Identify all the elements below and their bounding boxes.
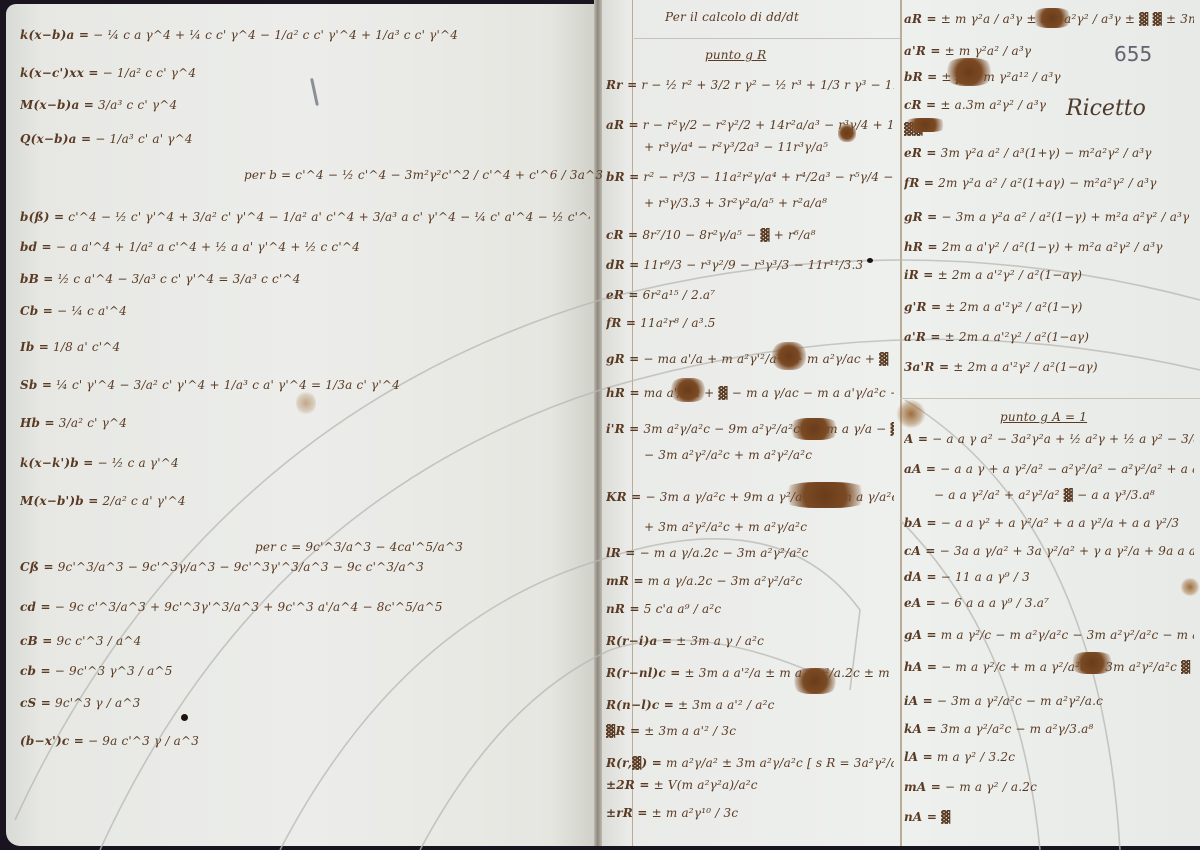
ink-scribble	[903, 118, 947, 132]
equation-lhs: A =	[904, 432, 928, 446]
equation-lhs: bR =	[904, 70, 937, 84]
equation-lhs: kA =	[904, 722, 937, 736]
equation-rhs: m a²γ/a² ± 3m a²γ/a²c [ s R = 3a²γ²/a² −…	[666, 756, 894, 770]
equation-line: gR =− ma a'/a + m a²γ'²/a²c + m a²γ/ac +…	[606, 352, 894, 366]
equation-rhs: 5 c'a a⁹ / a²c	[644, 602, 722, 616]
equation-lhs: cb =	[20, 664, 51, 678]
equation-lhs: iR =	[904, 268, 934, 282]
equation-lhs: R(r−i)a =	[606, 634, 672, 648]
equation-lhs: iA =	[904, 694, 933, 708]
equation-lhs: Hb =	[20, 416, 55, 430]
equation-line: fR =2m γ²a a² / a²(1+aγ) − m²a²γ² / a³γ	[904, 176, 1157, 190]
equation-lhs: a'R =	[904, 44, 941, 58]
equation-lhs: k(x−c')xx =	[20, 66, 99, 80]
equation-lhs: bA =	[904, 516, 937, 530]
left-section-heading: per b = c'^4 − ½ c'^4 − 3m²γ²c'^2 / c'^4…	[244, 168, 603, 182]
equation-rhs: − 9c'^3 γ^3 / a^5	[55, 664, 173, 678]
equation-rhs: − a a γ + a γ²/a² − a²γ²/a² − a²γ²/a² + …	[940, 462, 1194, 476]
equation-line: cd =− 9c c'^3/a^3 + 9c'^3γ'^3/a^3 + 9c'^…	[20, 600, 443, 614]
equation-lhs: a'R =	[904, 330, 941, 344]
equation-rhs: − ma a'/a + m a²γ'²/a²c + m a²γ/ac + ▓ +…	[643, 352, 894, 366]
equation-lhs: lR =	[606, 546, 636, 560]
equation-line: k(x−c')xx =− 1/a² c c' γ^4	[20, 66, 196, 80]
equation-lhs: eR =	[606, 288, 639, 302]
equation-line: ▓R =± 3m a a'² / 3c	[606, 724, 736, 738]
equation-lhs: k(x−b)a =	[20, 28, 89, 42]
equation-lhs: fR =	[606, 316, 636, 330]
equation-lhs: dR =	[606, 258, 639, 272]
ink-scribble	[792, 668, 838, 694]
equation-rhs: 9c c'^3 / a^4	[56, 634, 141, 648]
equation-line: dA =− 11 a a γ⁹ / 3	[904, 570, 1030, 584]
equation-lhs: cd =	[20, 600, 51, 614]
equation-line: lA =m a γ² / 3.2c	[904, 750, 1015, 764]
equation-line: g'R =± 2m a a'²γ² / a²(1−γ)	[904, 300, 1082, 314]
equation-rhs: m a γ² / 3.2c	[937, 750, 1015, 764]
equation-lhs: dA =	[904, 570, 937, 584]
equation-line: hR =2m a a'γ² / a²(1−γ) + m²a a²γ² / a³γ	[904, 240, 1163, 254]
equation-rhs: − 9a c'^3 γ / a^3	[88, 734, 199, 748]
equation-lhs: M(x−b')b =	[20, 494, 99, 508]
equation-rhs: r − ½ r² + 3/2 r γ² − ½ r³ + 1/3 r γ³ − …	[641, 78, 894, 92]
equation-line: fR =11a²r⁸ / a³.5	[606, 316, 716, 330]
equation-rhs: 3m a γ²/a²c − m a²γ/3.a⁸	[941, 722, 1094, 736]
equation-line: R(n−l)c =± 3m a a'² / a²c	[606, 698, 775, 712]
equation-lhs: hA =	[904, 660, 937, 674]
equation-lhs: b(ß) =	[20, 210, 64, 224]
equation-lhs: Ib =	[20, 340, 49, 354]
equation-lhs: gR =	[904, 210, 937, 224]
equation-line: aA =− a a γ + a γ²/a² − a²γ²/a² − a²γ²/a…	[904, 462, 1194, 476]
ink-scribble	[788, 418, 840, 440]
equation-lhs: Cb =	[20, 304, 53, 318]
equation-line: A =− a a γ a² − 3a²γ²a + ½ a²γ + ½ a γ² …	[904, 432, 1194, 446]
equation-line: cb =− 9c'^3 γ^3 / a^5	[20, 664, 173, 678]
equation-rhs: − a a γ²/a² + a²γ²/a² ▓ − a a γ³/3.a⁸	[934, 488, 1155, 502]
equation-line: iA =− 3m a γ²/a²c − m a²γ²/a.c	[904, 694, 1103, 708]
ink-scribble	[945, 58, 993, 86]
equation-line: M(x−b)a =3/a³ c c' γ^4	[20, 98, 177, 112]
equation-line: Rr =r − ½ r² + 3/2 r γ² − ½ r³ + 1/3 r γ…	[606, 78, 894, 92]
equation-line: 3a'R =± 2m a a'²γ² / a²(1−aγ)	[904, 360, 1098, 374]
equation-lhs: ▓R =	[606, 724, 640, 738]
equation-rhs: 11a²r⁸ / a³.5	[640, 316, 715, 330]
equation-line: ±2R =± V(m a²γ²a)/a²c	[606, 778, 758, 792]
equation-rhs: − 3m a γ²/a²c − m a²γ²/a.c	[937, 694, 1103, 708]
equation-lhs: i'R =	[606, 422, 639, 436]
equation-lhs: bR =	[606, 170, 639, 184]
column-2-subheading: punto g A = 1	[1000, 410, 1087, 424]
equation-line: cS =9c'^3 γ / a^3	[20, 696, 140, 710]
equation-line: Q(x−b)a =− 1/a³ c' a' γ^4	[20, 132, 193, 146]
equation-line: + r³γ/3.3 + 3r²γ²a/a⁵ + r²a/a⁸	[640, 196, 827, 210]
equation-line: cA =− 3a a γ/a² + 3a γ²/a² + γ a γ²/a + …	[904, 544, 1194, 558]
equation-rhs: − m a γ/a.2c − 3m a²γ²/a²c	[640, 546, 809, 560]
equation-line: Hb =3/a² c' γ^4	[20, 416, 127, 430]
equation-rhs: ± 3m a γ / a²c	[676, 634, 764, 648]
equation-line: mR =m a γ/a.2c − 3m a²γ²/a²c	[606, 574, 802, 588]
ink-dot	[867, 258, 873, 263]
equation-rhs: + 3m a²γ²/a²c + m a²γ/a²c	[644, 520, 807, 534]
equation-lhs: g'R =	[904, 300, 941, 314]
equation-line: gA =m a γ²/c − m a²γ/a²c − 3m a²γ²/a²c −…	[904, 628, 1194, 642]
equation-rhs: 1/8 a' c'^4	[53, 340, 120, 354]
equation-rhs: 3/a³ c c' γ^4	[98, 98, 177, 112]
equation-lhs: eR =	[904, 146, 937, 160]
ink-scribble	[1032, 8, 1072, 28]
equation-lhs: fR =	[904, 176, 934, 190]
equation-line: hA =− m a γ²/c + m a γ²/a²c + 3m a²γ²/a²…	[904, 660, 1194, 674]
equation-lhs: Sb =	[20, 378, 52, 392]
equation-line: iR =± 2m a a'²γ² / a²(1−aγ)	[904, 268, 1082, 282]
equation-rhs: − 9c c'^3/a^3 + 9c'^3γ'^3/a^3 + 9c'^3 a'…	[55, 600, 443, 614]
equation-line: i'R =3m a²γ/a²c − 9m a²γ²/a²c − 3m a γ/a…	[606, 422, 894, 436]
margin-note: Ricetto	[1066, 96, 1146, 121]
section-rule	[900, 398, 1200, 399]
equation-lhs: M(x−b)a =	[20, 98, 94, 112]
ink-dot	[181, 714, 188, 721]
equation-rhs: ¼ c' γ'^4 − 3/a² c' γ'^4 + 1/a³ c a' γ'^…	[56, 378, 400, 392]
equation-lhs: ±rR =	[606, 806, 648, 820]
equation-rhs: − 3m a γ²a a² / a²(1−γ) + m²a a²γ² / a³γ	[941, 210, 1189, 224]
equation-lhs: KR =	[606, 490, 641, 504]
equation-lhs: Q(x−b)a =	[20, 132, 91, 146]
equation-line: nR =5 c'a a⁹ / a²c	[606, 602, 721, 616]
equation-rhs: − 11 a a γ⁹ / 3	[941, 570, 1030, 584]
equation-rhs: − a a γ a² − 3a²γ²a + ½ a²γ + ½ a γ² − 3…	[932, 432, 1194, 446]
equation-line: bB =½ c a'^4 − 3/a³ c c' γ'^4 = 3/a³ c c…	[20, 272, 301, 286]
equation-rhs: 6r²a¹⁵ / 2.a⁷	[643, 288, 716, 302]
equation-line: a'R =± 2m a a'²γ² / a²(1−aγ)	[904, 330, 1089, 344]
equation-rhs: 3m γ²a a² / a³(1+γ) − m²a²γ² / a³γ	[941, 146, 1152, 160]
ink-blot	[838, 124, 856, 142]
equation-lhs: 3a'R =	[904, 360, 949, 374]
equation-lhs: aA =	[904, 462, 936, 476]
equation-rhs: ± 3m a a'²/a ± m a a'γ²/a.2c ± m a γ/c ▓…	[685, 666, 894, 680]
ink-blot	[772, 342, 806, 370]
equation-lhs: hR =	[606, 386, 640, 400]
equation-rhs: 3/a² c' γ^4	[59, 416, 127, 430]
equation-rhs: m a γ/a.2c − 3m a²γ²/a²c	[648, 574, 803, 588]
equation-line: gR =− 3m a γ²a a² / a²(1−γ) + m²a a²γ² /…	[904, 210, 1189, 224]
equation-line: bR =r² − r³/3 − 11a²r²γ/a⁴ + r⁴/2a³ − r⁵…	[606, 170, 894, 184]
equation-line: + 3m a²γ²/a²c + m a²γ/a²c	[640, 520, 807, 534]
ink-blot	[670, 378, 706, 402]
equation-line: eR =3m γ²a a² / a³(1+γ) − m²a²γ² / a³γ	[904, 146, 1152, 160]
brown-stain	[896, 400, 926, 428]
equation-rhs: 2m a a'γ² / a²(1−γ) + m²a a²γ² / a³γ	[942, 240, 1163, 254]
equation-rhs: + r³γ/3.3 + 3r²γ²a/a⁵ + r²a/a⁸	[644, 196, 827, 210]
equation-line: + r³γ/a⁴ − r²γ³/2a³ − 11r³γ/a⁵	[640, 140, 828, 154]
equation-lhs: bB =	[20, 272, 54, 286]
left-section-heading-2: per c = 9c'^3/a^3 − 4ca'^5/a^3	[255, 540, 463, 554]
equation-lhs: mR =	[606, 574, 644, 588]
equation-lhs: eA =	[904, 596, 936, 610]
equation-lhs: (b−x')c =	[20, 734, 84, 748]
equation-rhs: ± 3m a a'² / 3c	[644, 724, 736, 738]
equation-lhs: gA =	[904, 628, 937, 642]
equation-line: bd =− a a'^4 + 1/a² a c'^4 + ½ a a' γ'^4…	[20, 240, 360, 254]
equation-lhs: cB =	[20, 634, 52, 648]
equation-line: bA =− a a γ² + a γ²/a² + a a γ²/a + a a …	[904, 516, 1179, 530]
equation-lhs: nR =	[606, 602, 640, 616]
equation-rhs: m a γ²/c − m a²γ/a²c − 3m a²γ²/a²c − m a…	[941, 628, 1194, 642]
equation-lhs: aR =	[606, 118, 639, 132]
equation-rhs: − m a γ²/c + m a γ²/a²c + 3m a²γ²/a²c ▓ …	[941, 660, 1194, 674]
equation-line: cB =9c c'^3 / a^4	[20, 634, 141, 648]
equation-rhs: − 3m a²γ²/a²c + m a²γ²/a²c	[644, 448, 812, 462]
equation-line: cR =8r⁷/10 − 8r²γ/a⁵ − ▓ + r⁶/a⁸	[606, 228, 816, 242]
equation-lhs: cR =	[606, 228, 638, 242]
equation-lhs: cA =	[904, 544, 936, 558]
equation-rhs: 11r⁹/3 − r³γ²/9 − r³γ³/3 − 11r¹¹/3.3	[643, 258, 863, 272]
equation-line: mA =− m a γ² / a.2c	[904, 780, 1037, 794]
equation-line: Ib =1/8 a' c'^4	[20, 340, 120, 354]
equation-line: R(r−i)a =± 3m a γ / a²c	[606, 634, 764, 648]
equation-lhs: Rr =	[606, 78, 637, 92]
book-gutter	[594, 0, 602, 846]
equation-rhs: ½ c a'^4 − 3/a³ c c' γ'^4 = 3/a³ c c'^4	[58, 272, 301, 286]
equation-rhs: ± 3m a a'² / a²c	[678, 698, 775, 712]
equation-line: − a a γ²/a² + a²γ²/a² ▓ − a a γ³/3.a⁸	[930, 488, 1155, 502]
equation-line: Cß =9c'^3/a^3 − 9c'^3γ/a^3 − 9c'^3γ'^3/a…	[20, 560, 424, 574]
equation-line: (b−x')c =− 9a c'^3 γ / a^3	[20, 734, 199, 748]
equation-lhs: R(r−nl)c =	[606, 666, 681, 680]
equation-line: dR =11r⁹/3 − r³γ²/9 − r³γ³/3 − 11r¹¹/3.3	[606, 258, 863, 272]
equation-lhs: lA =	[904, 750, 933, 764]
equation-rhs: 2/a² c a' γ'^4	[103, 494, 186, 508]
equation-line: Cb =− ¼ c a'^4	[20, 304, 127, 318]
equation-line: hR =ma a'/c a + ▓ − m a γ/ac − m a a'γ/a…	[606, 386, 894, 400]
equation-rhs: 9c'^3 γ / a^3	[55, 696, 140, 710]
equation-line: eR =6r²a¹⁵ / 2.a⁷	[606, 288, 715, 302]
equation-lhs: hR =	[904, 240, 938, 254]
equation-rhs: ± m a²γ¹⁰ / 3c	[652, 806, 739, 820]
equation-rhs: ± 2m a a'²γ² / a²(1−aγ)	[938, 268, 1083, 282]
equation-rhs: ± 2m a a'²γ² / a²(1−aγ)	[953, 360, 1098, 374]
equation-rhs: 3m a²γ/a²c − 9m a²γ²/a²c − 3m a γ/a − ▓ …	[643, 422, 894, 436]
equation-lhs: cS =	[20, 696, 51, 710]
equation-rhs: ± a.3m a²γ² / a³γ	[940, 98, 1046, 112]
equation-line: cR =± a.3m a²γ² / a³γ	[904, 98, 1046, 112]
equation-line: ±rR =± m a²γ¹⁰ / 3c	[606, 806, 738, 820]
equation-line: nA =▓	[904, 810, 951, 824]
equation-lhs: cR =	[904, 98, 936, 112]
equation-lhs: gR =	[606, 352, 639, 366]
equation-line: − 3m a²γ²/a²c + m a²γ²/a²c	[640, 448, 812, 462]
equation-rhs: − ½ c a γ'^4	[98, 456, 179, 470]
equation-lhs: mA =	[904, 780, 941, 794]
equation-rhs: − ¼ c a γ^4 + ¼ c c' γ^4 − 1/a² c c' γ'^…	[93, 28, 458, 42]
equation-line: kA =3m a γ²/a²c − m a²γ/3.a⁸	[904, 722, 1093, 736]
page-number: 655	[1114, 42, 1152, 66]
equation-rhs: c'^4 − ½ c' γ'^4 + 3/a² c' γ'^4 − 1/a² a…	[68, 210, 590, 224]
equation-rhs: ± V(m a²γ²a)/a²c	[654, 778, 758, 792]
equation-rhs: − m a γ² / a.2c	[945, 780, 1037, 794]
equation-rhs: 8r⁷/10 − 8r²γ/a⁵ − ▓ + r⁶/a⁸	[642, 228, 815, 242]
equation-lhs: R(r,▓) =	[606, 756, 662, 770]
equation-line: k(x−k')b =− ½ c a γ'^4	[20, 456, 179, 470]
equation-rhs: − ¼ c a'^4	[57, 304, 127, 318]
ink-scribble	[1070, 652, 1114, 674]
equation-rhs: ▓	[941, 810, 950, 824]
equation-line: a'R =± m γ²a² / a³γ	[904, 44, 1031, 58]
equation-lhs: bd =	[20, 240, 52, 254]
equation-line: Sb =¼ c' γ'^4 − 3/a² c' γ'^4 + 1/a³ c a'…	[20, 378, 400, 392]
equation-lhs: Cß =	[20, 560, 54, 574]
column-1-header: Per il calcolo di dd/dt	[665, 10, 799, 24]
equation-rhs: 9c'^3/a^3 − 9c'^3γ/a^3 − 9c'^3γ'^3/a^3 −…	[58, 560, 424, 574]
equation-rhs: − 6 a a a γ⁹ / 3.a⁷	[940, 596, 1049, 610]
equation-line: R(r−nl)c =± 3m a a'²/a ± m a a'γ²/a.2c ±…	[606, 666, 894, 680]
equation-lhs: k(x−k')b =	[20, 456, 94, 470]
equation-line: lR =− m a γ/a.2c − 3m a²γ²/a²c	[606, 546, 809, 560]
equation-lhs: R(n−l)c =	[606, 698, 674, 712]
header-rule	[634, 38, 900, 39]
equation-rhs: + r³γ/a⁴ − r²γ³/2a³ − 11r³γ/a⁵	[644, 140, 828, 154]
brown-stain	[1180, 578, 1200, 596]
equation-rhs: − 3a a γ/a² + 3a γ²/a² + γ a γ²/a + 9a a…	[940, 544, 1194, 558]
equation-line: k(x−b)a =− ¼ c a γ^4 + ¼ c c' γ^4 − 1/a²…	[20, 28, 458, 42]
ink-scribble	[780, 482, 870, 508]
equation-line: M(x−b')b =2/a² c a' γ'^4	[20, 494, 186, 508]
equation-rhs: ± m γ²a² / a³γ	[945, 44, 1032, 58]
equation-line: R(r,▓) =m a²γ/a² ± 3m a²γ/a²c [ s R = 3a…	[606, 756, 894, 770]
equation-rhs: ± 2m a a'²γ² / a²(1−γ)	[945, 300, 1082, 314]
equation-lhs: ±2R =	[606, 778, 650, 792]
equation-line: b(ß) =c'^4 − ½ c' γ'^4 + 3/a² c' γ'^4 − …	[20, 210, 590, 224]
equation-rhs: 2m γ²a a² / a²(1+aγ) − m²a²γ² / a³γ	[938, 176, 1156, 190]
equation-rhs: r − r²γ/2 − r²γ²/2 + 14r²a/a³ − r³γ/4 + …	[643, 118, 894, 132]
equation-line: eA =− 6 a a a γ⁹ / 3.a⁷	[904, 596, 1049, 610]
equation-lhs: nA =	[904, 810, 937, 824]
equation-rhs: r² − r³/3 − 11a²r²γ/a⁴ + r⁴/2a³ − r⁵γ/4 …	[643, 170, 894, 184]
equation-lhs: aR =	[904, 12, 937, 26]
equation-rhs: − a a γ² + a γ²/a² + a a γ²/a + a a γ²/3	[941, 516, 1180, 530]
brown-stain	[296, 390, 316, 416]
equation-rhs: − a a'^4 + 1/a² a c'^4 + ½ a a' γ'^4 + ½…	[56, 240, 360, 254]
column-1-subheading: punto g R	[705, 48, 766, 62]
equation-rhs: − 1/a³ c' a' γ^4	[95, 132, 193, 146]
equation-rhs: ± 2m a a'²γ² / a²(1−aγ)	[945, 330, 1090, 344]
equation-rhs: − 1/a² c c' γ^4	[103, 66, 197, 80]
